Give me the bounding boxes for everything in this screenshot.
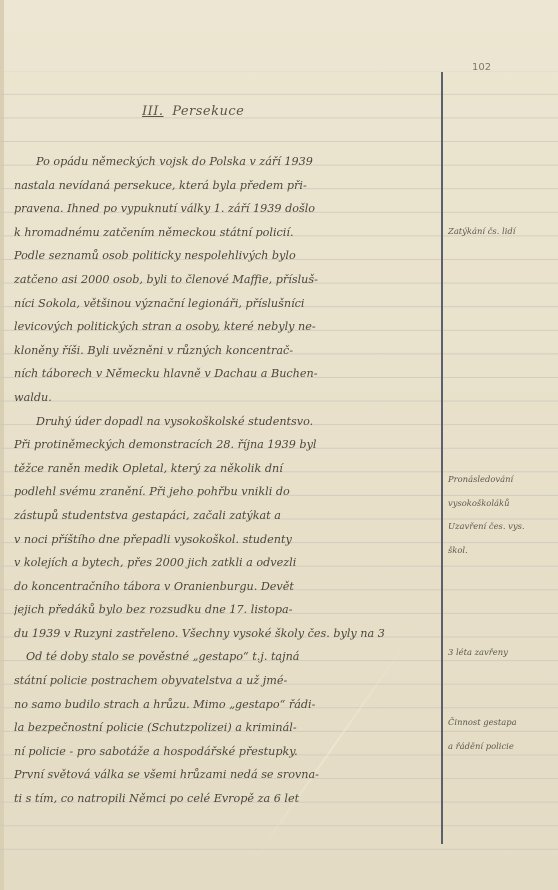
text-line: jejich předáků bylo bez rozsudku dne 17.… — [14, 598, 442, 622]
text-line: pravena. Ihned po vypuknutí války 1. zář… — [14, 197, 442, 221]
text-line: ní policie - pro sabotáže a hospodářské … — [14, 740, 442, 764]
text-line: ti s tím, co natropili Němci po celé Evr… — [14, 787, 442, 811]
text-line: níci Sokola, většinou význační legionáři… — [14, 292, 442, 316]
text-line: státní policie postrachem obyvatelstva a… — [14, 669, 442, 693]
text-line: podlehl svému zranění. Při jeho pohřbu v… — [14, 480, 442, 504]
text-line: nastala nevídaná persekuce, která byla p… — [14, 174, 442, 198]
section-heading: III. Persekuce — [142, 104, 244, 119]
text-line: k hromadnému zatčením německou státní po… — [14, 221, 442, 245]
text-line: du 1939 v Ruzyni zastřeleno. Všechny vys… — [14, 622, 442, 646]
margin-note: Uzavření čes. vys. — [448, 521, 525, 531]
text-line: do koncentračního tábora v Oranienburgu.… — [14, 575, 442, 599]
text-line: Podle seznamů osob politicky nespolehliv… — [14, 244, 442, 268]
margin-note: 3 léta zavřeny — [448, 647, 508, 657]
text-line: Po opádu německých vojsk do Polska v zář… — [14, 150, 442, 174]
text-line: ních táborech v Německu hlavně v Dachau … — [14, 362, 442, 386]
text-line: waldu. — [14, 386, 442, 410]
text-line: la bezpečnostní policie (Schutzpolizei) … — [14, 716, 442, 740]
text-line: Druhý úder dopadl na vysokoškolské stude… — [14, 410, 442, 434]
margin-note: škol. — [448, 545, 468, 555]
text-line: no samo budilo strach a hrůzu. Mimo „ges… — [14, 693, 442, 717]
manuscript-page: 102 III. Persekuce Po opádu německých vo… — [0, 0, 558, 890]
text-line: Při protiněmeckých demonstracích 28. říj… — [14, 433, 442, 457]
text-line: zatčeno asi 2000 osob, byli to členové M… — [14, 268, 442, 292]
text-line: Od té doby stalo se pověstné „gestapo“ t… — [14, 645, 442, 669]
section-numeral: III. — [142, 104, 164, 119]
page-number: 102 — [472, 62, 491, 73]
text-line: zástupů studentstva gestapáci, začali za… — [14, 504, 442, 528]
margin-note: vysokoškoláků — [448, 498, 509, 508]
text-line: v noci příštího dne přepadli vysokoškol.… — [14, 528, 442, 552]
text-line: v kolejích a bytech, přes 2000 jich zatk… — [14, 551, 442, 575]
margin-note: Zatýkání čs. lidí — [448, 226, 515, 236]
section-title: Persekuce — [172, 104, 244, 119]
handwritten-body: Po opádu německých vojsk do Polska v zář… — [14, 150, 442, 811]
margin-note: a řádění policie — [448, 741, 514, 751]
text-line: kloněny říši. Byli uvězněni v různých ko… — [14, 339, 442, 363]
text-line: levicových politických stran a osoby, kt… — [14, 315, 442, 339]
text-line: První světová válka se všemi hrůzami ned… — [14, 763, 442, 787]
text-line: těžce raněn medik Opletal, který za něko… — [14, 457, 442, 481]
margin-note: Činnost gestapa — [448, 717, 517, 727]
margin-note: Pronásledování — [448, 474, 513, 484]
